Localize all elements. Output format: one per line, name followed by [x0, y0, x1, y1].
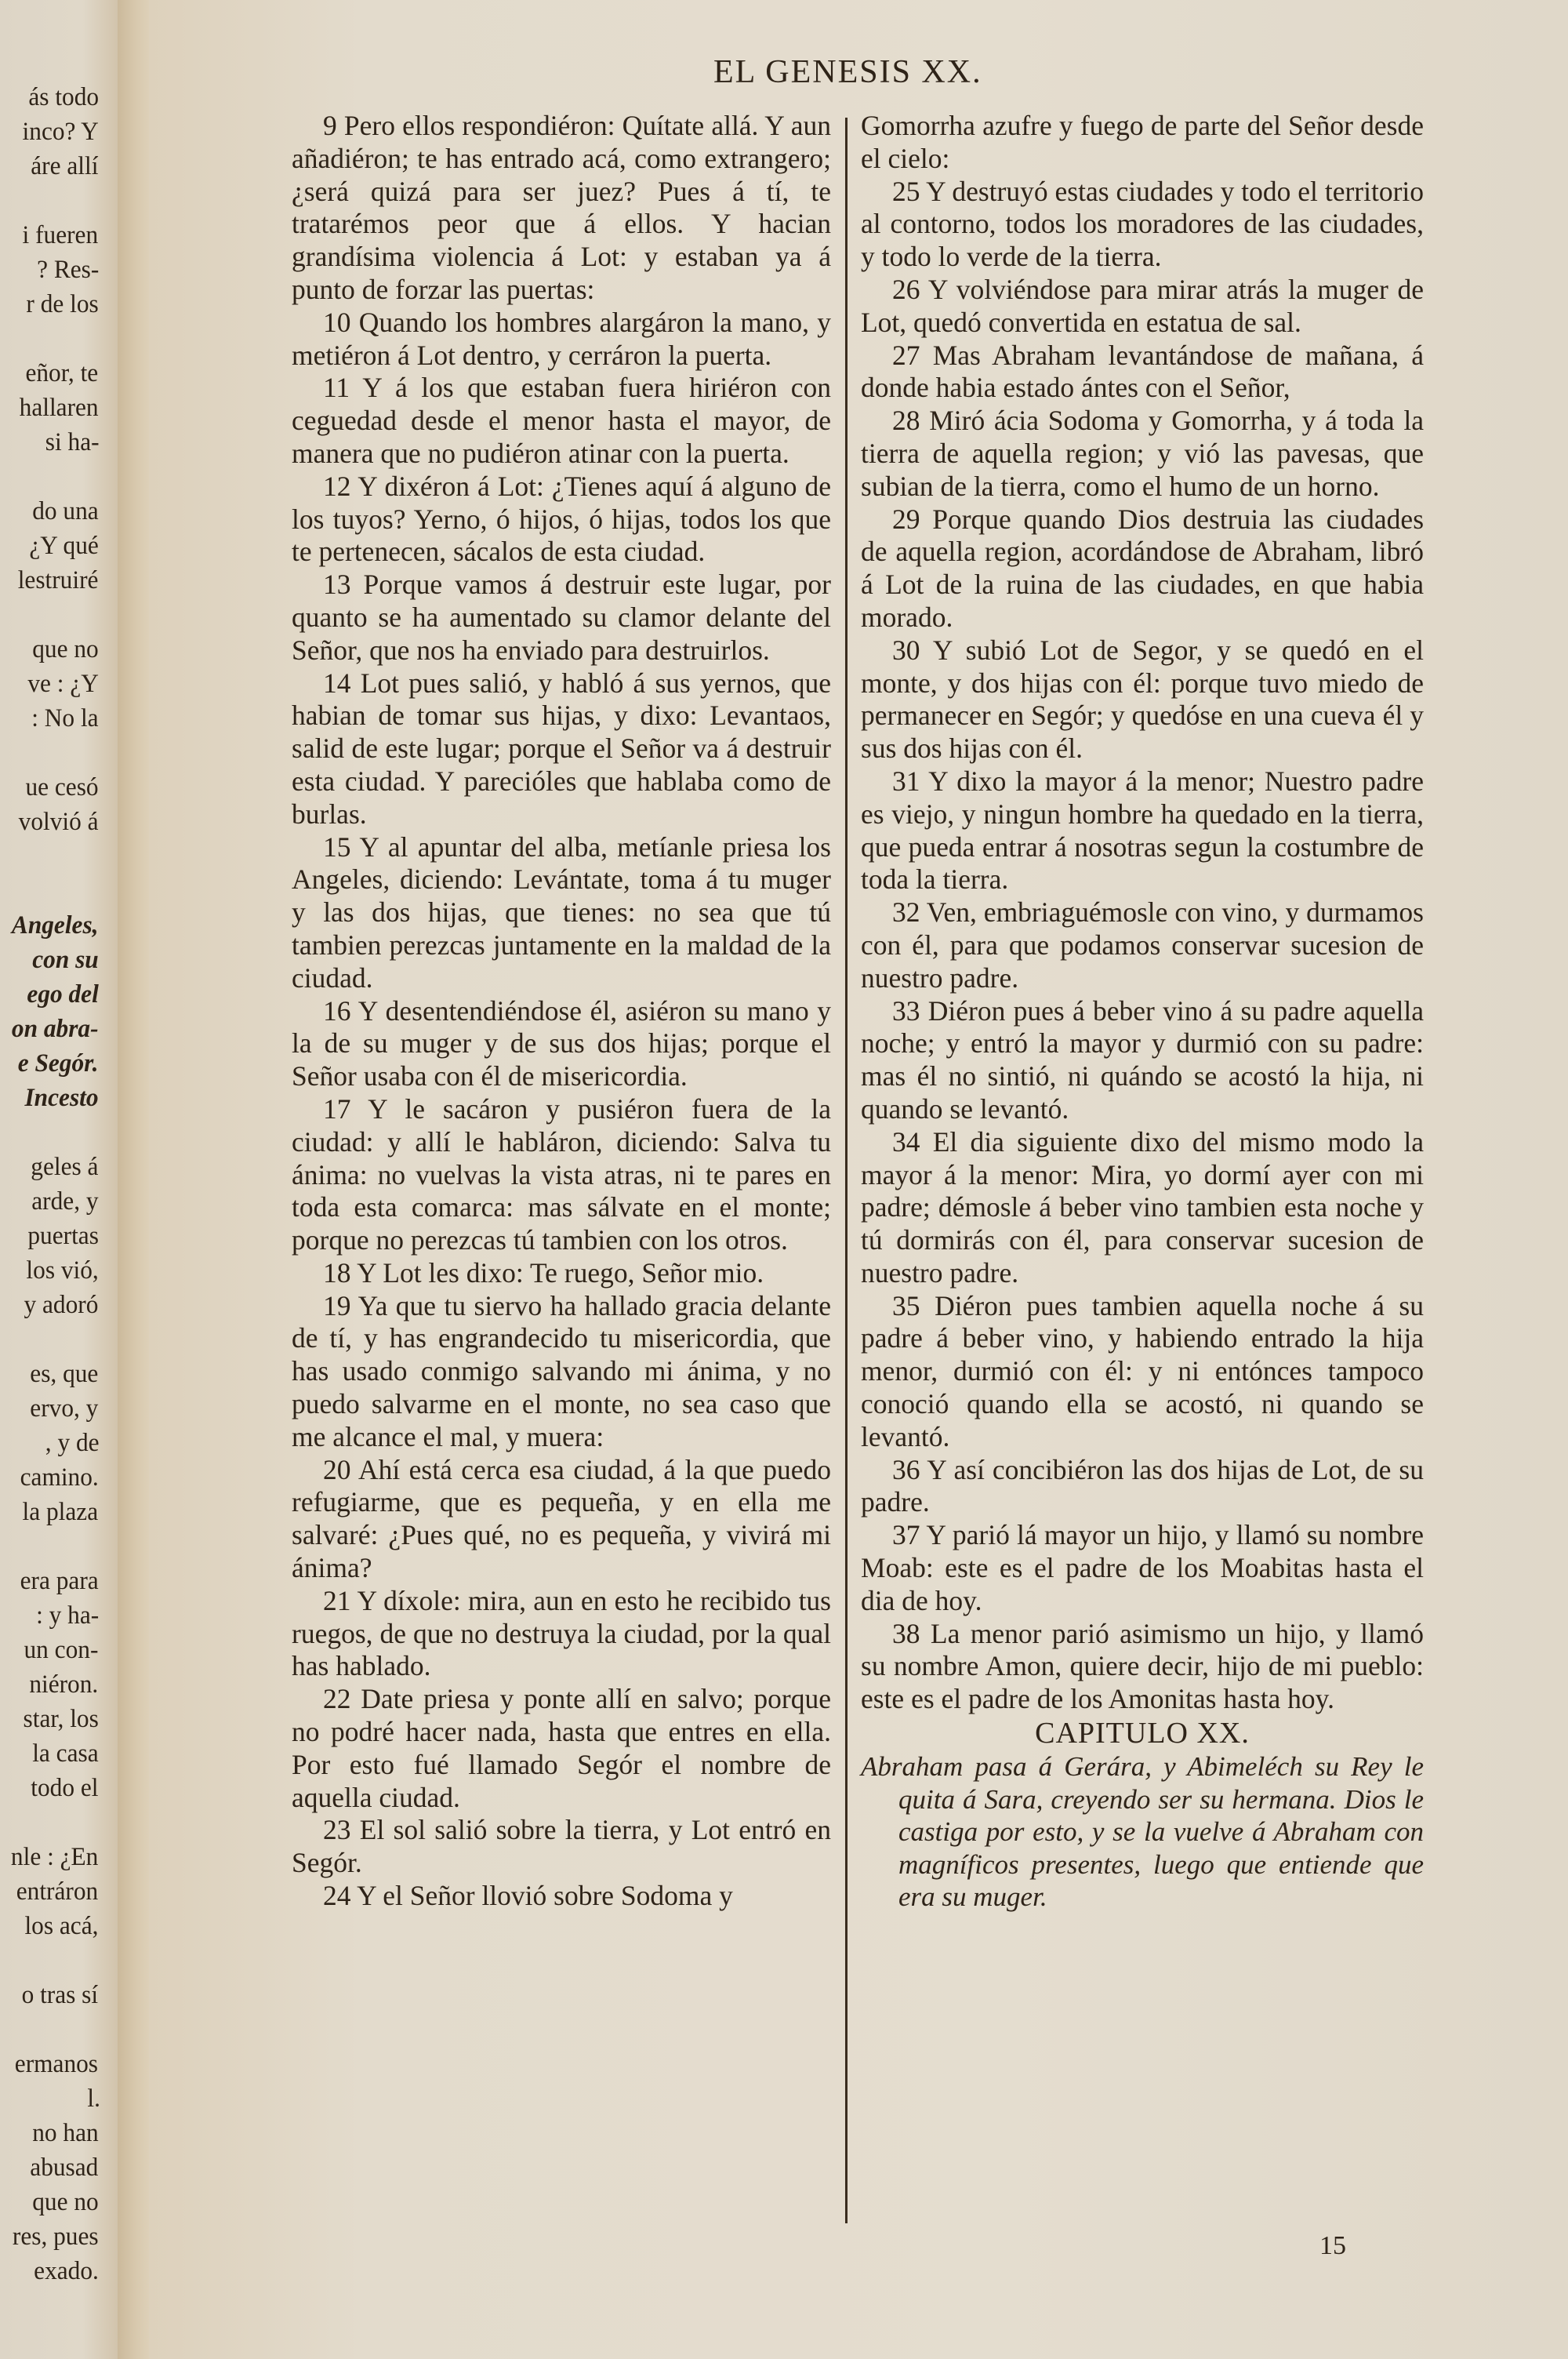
verse-32: 32 Ven, embriaguémosle con vino, y durma…	[861, 896, 1424, 994]
previous-page-line: do una	[32, 496, 98, 526]
previous-page-line: Angeles,	[11, 911, 98, 940]
previous-page-line: la plaza	[23, 1497, 99, 1527]
previous-page-line: , y de	[45, 1428, 99, 1458]
verse-34: 34 El dia siguiente dixo del mismo modo …	[861, 1126, 1424, 1290]
previous-page-line: los vió,	[26, 1256, 98, 1285]
previous-page-line: camino.	[20, 1463, 98, 1492]
verse-36: 36 Y así concibiéron las dos hijas de Lo…	[861, 1454, 1424, 1520]
previous-page-line: la casa	[32, 1739, 98, 1768]
verse-25: 25 Y destruyó estas ciudades y todo el t…	[861, 176, 1424, 274]
verse-28: 28 Miró ácia Sodoma y Gomorrha, y á toda…	[861, 405, 1424, 503]
chapter-heading: CAPITULO XX.	[861, 1716, 1424, 1750]
page-number: 15	[1319, 2231, 1346, 2261]
verse-24-continuation: Gomorrha azufre y fuego de parte del Señ…	[861, 110, 1424, 176]
verse-10: 10 Quando los hombres alargáron la mano,…	[292, 307, 831, 373]
verse-27: 27 Mas Abraham levantándose de mañana, á…	[861, 340, 1424, 405]
verse-38: 38 La menor parió asimismo un hijo, y ll…	[861, 1618, 1424, 1716]
verse-21: 21 Y díxole: mira, aun en esto he recibi…	[292, 1585, 831, 1683]
previous-page-line: ervo, y	[31, 1394, 99, 1423]
chapter-summary: Abraham pasa á Gerára, y Abimeléch su Re…	[861, 1750, 1424, 1914]
verse-20: 20 Ahí está cerca esa ciudad, á la que p…	[292, 1454, 831, 1585]
previous-page-line: puertas	[27, 1221, 99, 1251]
verse-24: 24 Y el Señor llovió sobre Sodoma y	[292, 1880, 831, 1913]
verse-26: 26 Y volviéndose para mirar atrás la mug…	[861, 274, 1424, 340]
verse-37: 37 Y parió lá mayor un hijo, y llamó su …	[861, 1519, 1424, 1617]
previous-page-line: inco? Y	[22, 117, 98, 147]
column-divider	[845, 118, 848, 2223]
previous-page-line: áre allí	[31, 151, 99, 181]
previous-page-line: abusad	[31, 2153, 99, 2183]
left-column: 9 Pero ellos respondiéron: Quítate allá.…	[292, 110, 831, 1913]
previous-page-line: todo el	[31, 1773, 99, 1803]
previous-page-line: l.	[87, 2084, 100, 2114]
previous-page-line: es, que	[31, 1359, 99, 1389]
verse-16: 16 Y desentendiéndose él, asiéron su man…	[292, 995, 831, 1093]
previous-page-line: Incesto	[24, 1083, 98, 1113]
verse-9: 9 Pero ellos respondiéron: Quítate allá.…	[292, 110, 831, 307]
verse-15: 15 Y al apuntar del alba, metíanle pries…	[292, 831, 831, 995]
previous-page-line: que no	[32, 2187, 98, 2217]
verse-12: 12 Y dixéron á Lot: ¿Tienes aquí á algun…	[292, 471, 831, 569]
previous-page-line: lestruiré	[18, 565, 99, 595]
verse-23: 23 El sol salió sobre la tierra, y Lot e…	[292, 1814, 831, 1880]
previous-page-line: res, pues	[12, 2222, 98, 2252]
previous-page-line: ego del	[27, 980, 98, 1009]
previous-page-line: ás todo	[28, 82, 99, 112]
previous-page-line: ermanos	[15, 2049, 98, 2079]
verse-31: 31 Y dixo la mayor á la menor; Nuestro p…	[861, 765, 1424, 896]
previous-page-line: y adoró	[24, 1290, 99, 1320]
previous-page-line: entráron	[16, 1877, 98, 1906]
previous-page-line: on abra-	[11, 1014, 98, 1044]
previous-page-line: ue cesó	[25, 772, 98, 802]
previous-page-line: star, los	[23, 1704, 98, 1734]
previous-page-line: los acá,	[25, 1911, 99, 1941]
previous-page-line: no han	[32, 2118, 98, 2148]
previous-page-line: niéron.	[30, 1670, 99, 1699]
verse-11: 11 Y á los que estaban fuera hiriéron co…	[292, 372, 831, 470]
previous-page-line: un con-	[24, 1635, 99, 1665]
verse-17: 17 Y le sacáron y pusiéron fuera de la c…	[292, 1093, 831, 1257]
previous-page-line: r de los	[26, 289, 98, 319]
previous-page-line: e Segór.	[18, 1049, 99, 1078]
verse-14: 14 Lot pues salió, y habló á sus yernos,…	[292, 667, 831, 831]
verse-35: 35 Diéron pues tambien aquella noche á s…	[861, 1290, 1424, 1454]
previous-page-line: si ha-	[45, 427, 99, 457]
previous-page-line: i fueren	[23, 220, 99, 250]
running-head: EL GENESIS XX.	[713, 53, 982, 91]
previous-page-line: exado.	[34, 2256, 99, 2286]
previous-page-line: : y ha-	[36, 1601, 99, 1630]
previous-page-edge: ás todoinco? Yáre allíi fueren? Res-r de…	[0, 0, 118, 2359]
previous-page-line: hallaren	[19, 393, 98, 423]
previous-page-line: geles á	[31, 1152, 99, 1182]
previous-page-line: con su	[32, 945, 99, 975]
right-column: Gomorrha azufre y fuego de parte del Señ…	[861, 110, 1424, 1914]
verse-19: 19 Ya que tu siervo ha hallado gracia de…	[292, 1290, 831, 1454]
verse-33: 33 Diéron pues á beber vino á su padre a…	[861, 995, 1424, 1126]
previous-page-line: ¿Y qué	[29, 531, 98, 561]
verse-30: 30 Y subió Lot de Segor, y se quedó en e…	[861, 634, 1424, 765]
previous-page-line: nle : ¿En	[11, 1842, 98, 1872]
previous-page-line: que no	[32, 634, 98, 664]
previous-page-line: volvió á	[18, 807, 98, 837]
previous-page-line: eñor, te	[26, 358, 99, 388]
verse-22: 22 Date priesa y ponte allí en salvo; po…	[292, 1683, 831, 1814]
previous-page-line: arde, y	[31, 1187, 98, 1216]
previous-page-line: : No la	[31, 703, 98, 733]
verse-18: 18 Y Lot les dixo: Te ruego, Señor mio.	[292, 1257, 831, 1290]
previous-page-line: ve : ¿Y	[27, 669, 99, 699]
verse-29: 29 Porque quando Dios destruia las ciuda…	[861, 503, 1424, 634]
previous-page-line: era para	[20, 1566, 98, 1596]
previous-page-line: ? Res-	[37, 255, 99, 285]
previous-page-line: o tras sí	[22, 1980, 99, 2010]
book-gutter	[118, 0, 149, 2359]
verse-13: 13 Porque vamos á destruir este lugar, p…	[292, 569, 831, 667]
